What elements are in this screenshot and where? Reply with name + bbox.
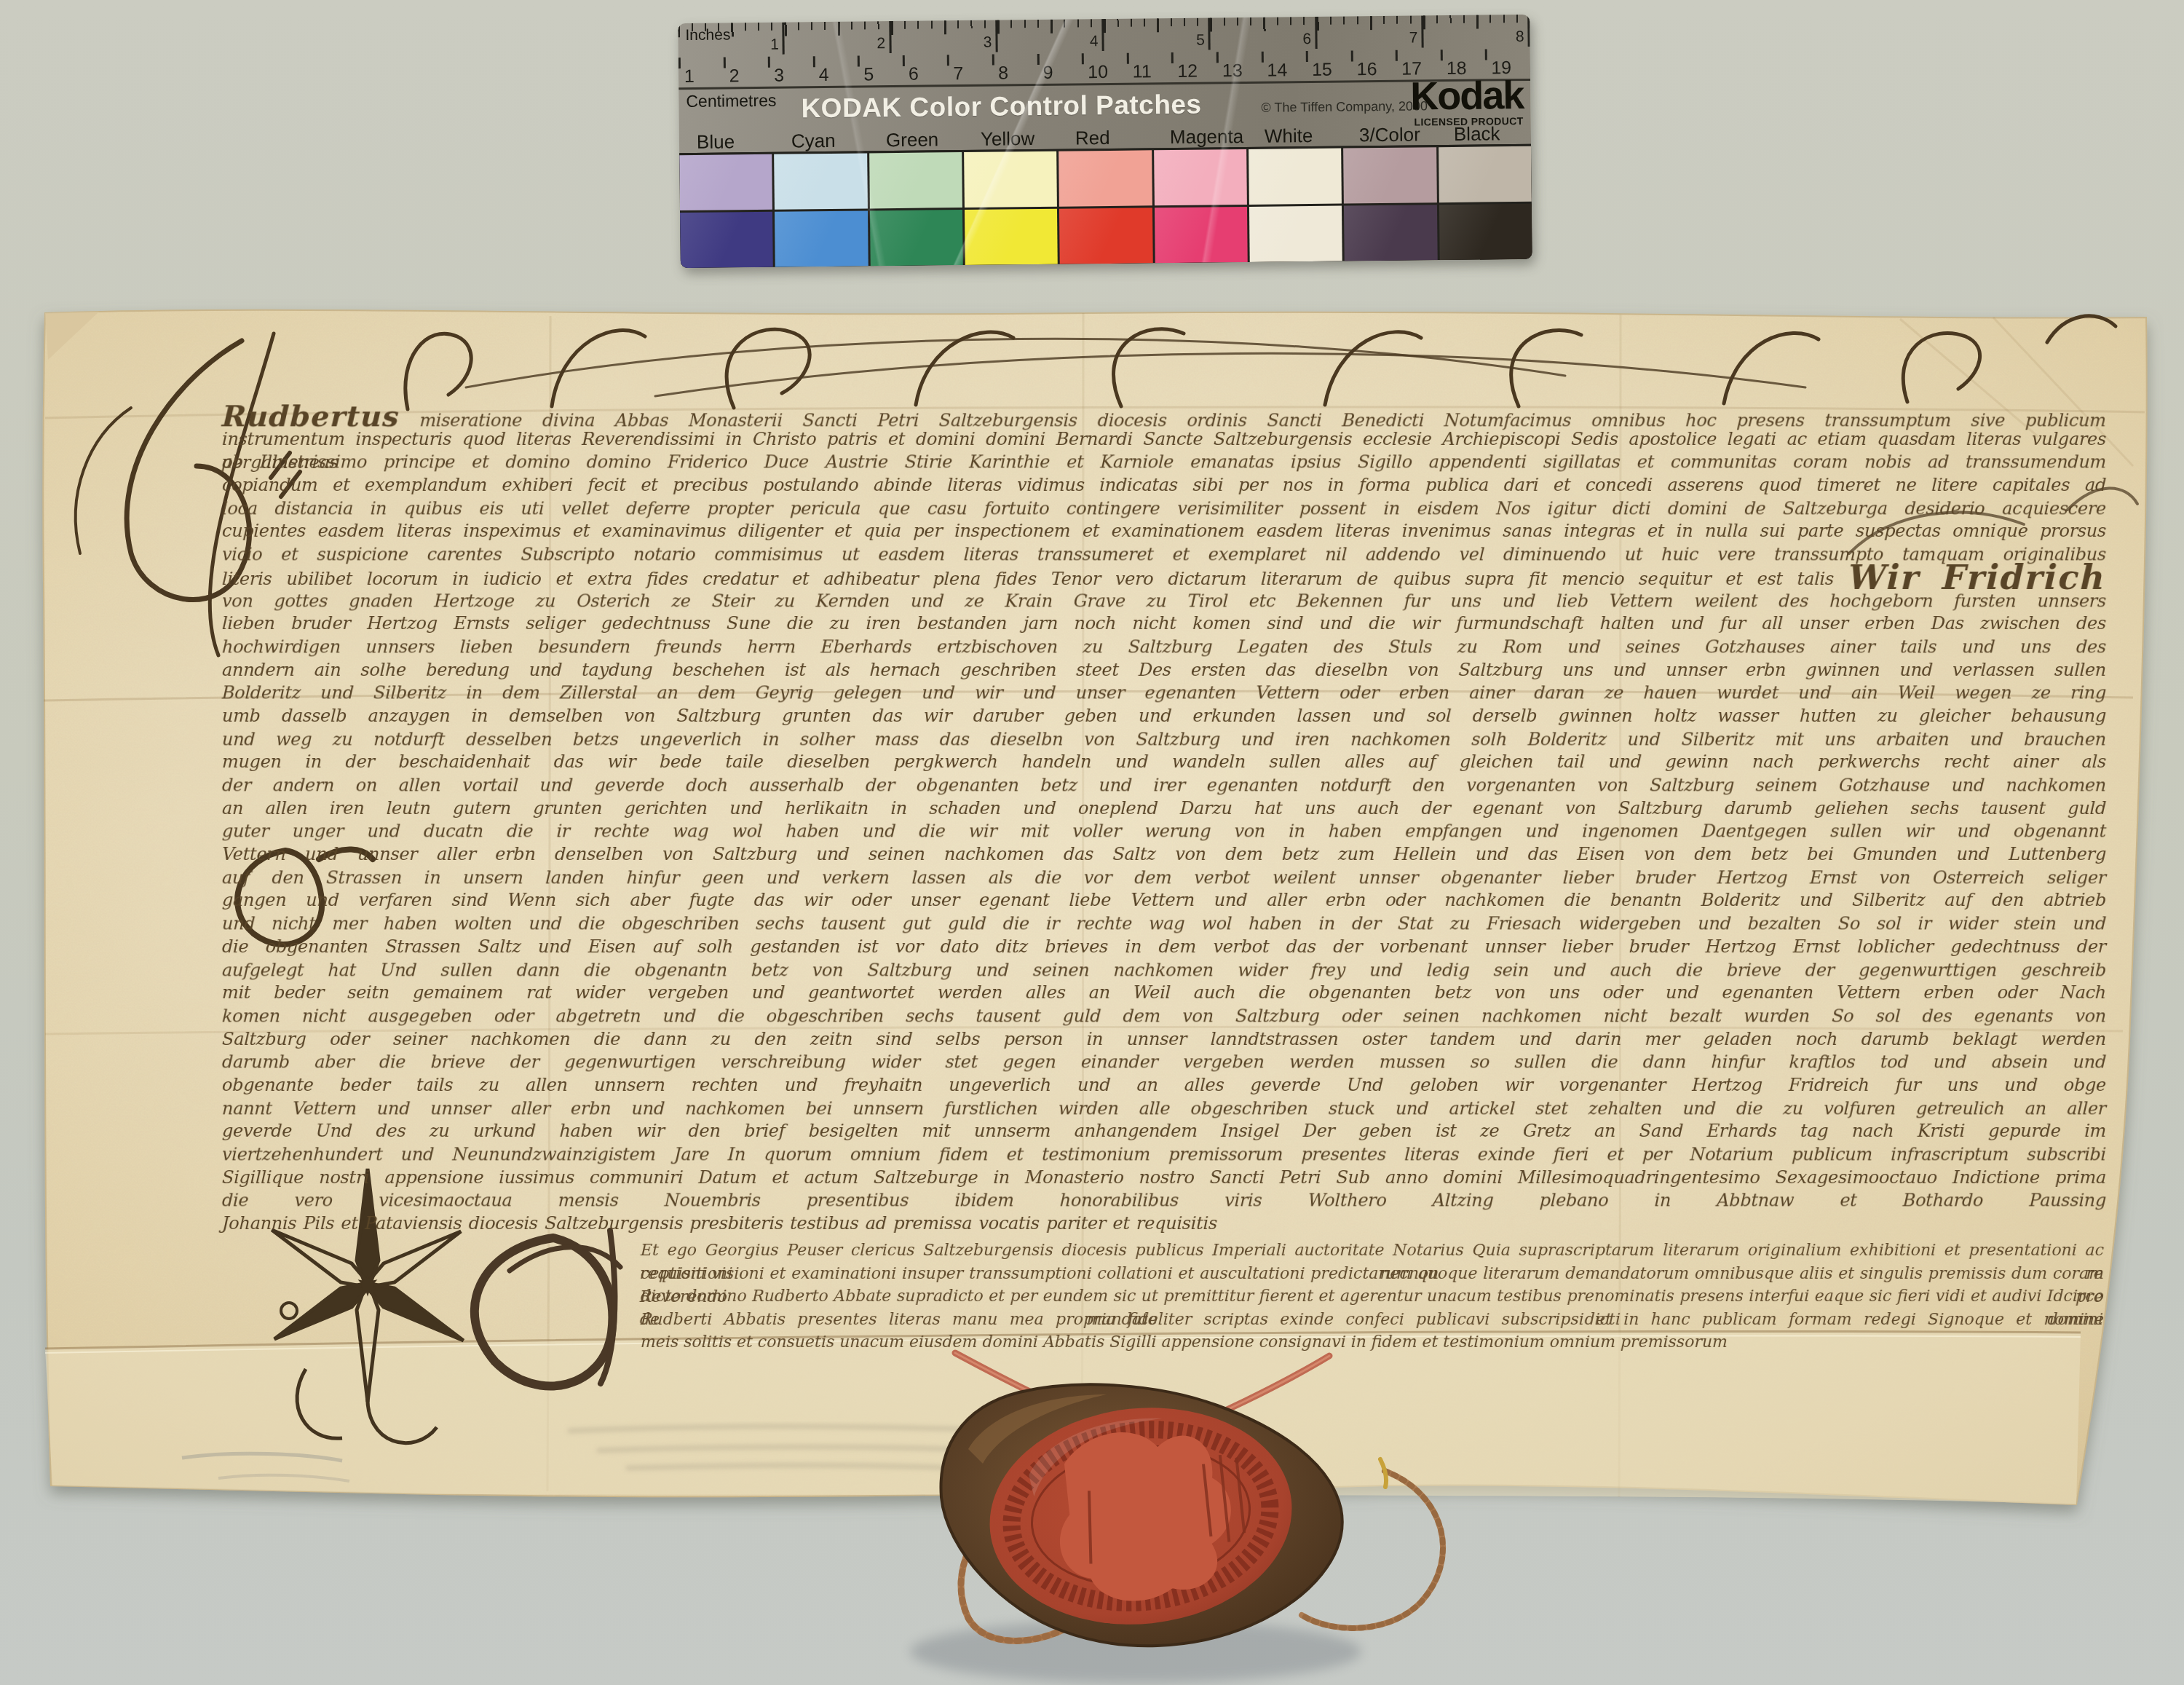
patch-label: 3/Color (1342, 123, 1436, 144)
line-text: lieben bruder Hertzog Ernsts seliger ged… (222, 613, 2107, 634)
cm-ruler: 12345678910111213141516171819 (678, 49, 1530, 87)
line-text: die vero vicesimaoctaua mensis Nouembris… (221, 1191, 2106, 1211)
manuscript-text-line: ab Illustrissimo principe et domino domi… (221, 451, 2106, 475)
line-text: darumb aber die brieve der gegenwurtigen… (221, 1052, 2106, 1073)
photo-stage: 12345678 Inches 123456789101112131415161… (0, 0, 2184, 1685)
manuscript-text-line: viertzehenhundert und Neunundzwainzigist… (221, 1143, 2106, 1167)
cm-number: 5 (858, 55, 903, 86)
manuscript-text-line: nannt Vettern und unnser aller erbn und … (221, 1097, 2106, 1121)
line-text: obgenante beder tails zu allen unnsern r… (222, 1075, 2107, 1095)
line-text: komen nicht ausgegeben oder abgetretn un… (221, 1006, 2106, 1026)
manuscript-text-line: vicio et suspicione carentes Subscripto … (221, 544, 2106, 567)
manuscript-text-line: obgenante beder tails zu allen unnsern r… (221, 1074, 2106, 1097)
manuscript-text-line: mugen in der beschaidenhait das wir bede… (221, 751, 2106, 774)
patch-label: Green (869, 128, 963, 149)
manuscript-text-line: Sigillique nostri appensione iussimus co… (221, 1167, 2106, 1190)
manuscript-text-line: instrumentum inspecturis quod literas Re… (221, 428, 2106, 451)
manuscript-text-line: umb dasselb anzaygen in demselben von Sa… (221, 705, 2106, 728)
manuscript-text-line: die vero vicesimaoctaua mensis Nouembris… (221, 1190, 2106, 1213)
inch-number: 5 (1104, 17, 1211, 51)
manuscript-text-line: und weg zu notdurft desselben betzs unge… (221, 728, 2106, 751)
line-text: Bolderitz und Silberitz in dem Zillersta… (221, 683, 2106, 703)
patch-label: Red (1058, 126, 1152, 147)
line-text: der andern on allen vortail und geverde … (221, 775, 2106, 795)
cm-number: 7 (947, 55, 992, 85)
line-text: und weg zu notdurft desselben betzs unge… (221, 729, 2106, 749)
line-text: guter unger und ducatn die ir rechte wag… (221, 821, 2106, 842)
line-text: von gottes gnaden Hertzoge zu Osterich z… (221, 591, 2106, 611)
line-text: ab Illustrissimo principe et domino domi… (221, 452, 2106, 473)
inch-number: 6 (1210, 17, 1317, 50)
patch-row-light (679, 146, 1532, 210)
color-patch (1249, 149, 1342, 205)
patch-label: Blue (679, 130, 774, 151)
inch-number: 3 (891, 20, 998, 54)
line-text: Vettern und unnser aller erbn denselben … (222, 844, 2107, 864)
kodak-color-bar: 12345678 Inches 123456789101112131415161… (678, 15, 1532, 268)
color-patch (1059, 208, 1152, 264)
cm-number: 1 (678, 57, 724, 87)
line-text: vicio et suspicione carentes Subscripto … (221, 545, 2106, 565)
cm-number: 9 (1037, 53, 1082, 84)
inch-number: 8 (1423, 15, 1530, 48)
manuscript-text-line: guter unger und ducatn die ir rechte wag… (221, 821, 2106, 844)
manuscript-text-line: gangen und verfaren sind Wenn sich aber … (221, 889, 2106, 912)
line-text: nannt Vettern und unnser aller erbn und … (221, 1098, 2106, 1118)
color-patch (775, 210, 868, 267)
manuscript-text-line: literis ubilibet locorum in iudicio et e… (221, 567, 2106, 590)
manuscript-text-line: loca distancia in quibus eis uti vellet … (221, 497, 2106, 521)
cm-number: 10 (1082, 53, 1127, 84)
color-patch (1344, 205, 1437, 261)
manuscript-text-line: darumb aber die brieve der gegenwurtigen… (221, 1051, 2106, 1075)
patch-row-dark (680, 204, 1532, 268)
manuscript-text-line: an allen iren leutn gutern grunten geric… (221, 797, 2106, 821)
manuscript-text-line: copiandum et exemplandum exhiberi fecit … (221, 474, 2106, 497)
patch-label: Cyan (774, 129, 869, 150)
line-text: Saltzburg oder seiner nachkomen die dann… (222, 1029, 2107, 1049)
line-text: an allen iren leutn gutern grunten geric… (222, 798, 2107, 818)
manuscript-text-line: auf den Strassen in unsern landen hinfur… (221, 867, 2106, 890)
manuscript-text-line: anndern ain solhe beredung und taydung b… (221, 659, 2106, 682)
color-patch (1155, 207, 1248, 263)
cm-number: 15 (1306, 50, 1351, 81)
notary-text-line: dicto domino Rudberto Abbate supradicto … (640, 1285, 2104, 1309)
manuscript-text-line: Bolderitz und Silberitz in dem Zillersta… (221, 682, 2106, 706)
cm-number: 12 (1171, 52, 1216, 82)
line-text: anndern ain solhe beredung und taydung b… (222, 660, 2107, 680)
notary-text-line: meis solitis et consuetis unacum eiusdem… (640, 1331, 2104, 1354)
ruler: 12345678 Inches 123456789101112131415161… (678, 15, 1530, 90)
cm-number: 4 (812, 56, 858, 87)
inches-label: Inches (685, 26, 730, 44)
line-text: Johannis Pils et Pataviensis diocesis Sa… (222, 1213, 1218, 1234)
kodak-title: KODAK Color Control Patches (801, 90, 1201, 125)
line-text: loca distancia in quibus eis uti vellet … (221, 498, 2106, 518)
color-patch (1059, 150, 1152, 206)
color-patch (1343, 147, 1436, 203)
manuscript-text-line: Rudbertus miseratione divina Abbas Monas… (221, 405, 2106, 428)
manuscript-text-line: von gottes gnaden Hertzoge zu Osterich z… (221, 590, 2106, 613)
color-patch (870, 210, 963, 266)
manuscript-text-line: geverde Und des zu urkund haben wir den … (221, 1120, 2106, 1143)
color-patch (964, 151, 1057, 208)
color-patch (1249, 206, 1342, 262)
line-text: copiandum et exemplandum exhiberi fecit … (222, 475, 2107, 495)
inch-number: 4 (997, 19, 1104, 52)
centimetres-label: Centimetres (686, 91, 776, 111)
manuscript-text-line: hochwirdigen unnsers lieben besundern fr… (221, 636, 2106, 659)
manuscript-text-line: komen nicht ausgegeben oder abgetretn un… (221, 1005, 2106, 1028)
line-text: mugen in der beschaidenhait das wir bede… (222, 751, 2107, 772)
manuscript-text-line: Saltzburg oder seiner nachkomen die dann… (221, 1028, 2106, 1051)
notary-subscription-block: Et ego Georgius Peuser clericus Saltzebu… (641, 1239, 2104, 1354)
line-text: hochwirdigen unnsers lieben besundern fr… (221, 636, 2106, 657)
color-patch (1154, 149, 1247, 205)
line-text: geverde Und des zu urkund haben wir den … (222, 1121, 2107, 1141)
cm-number: 8 (992, 54, 1037, 84)
line-text: umb dasselb anzaygen in demselben von Sa… (222, 706, 2107, 726)
manuscript-text-line: der andern on allen vortail und geverde … (221, 774, 2106, 797)
notary-text-line: ceptioni visioni et examinationi insuper… (640, 1263, 2104, 1286)
line-text: Sigillique nostri appensione iussimus co… (222, 1167, 2107, 1188)
kodak-logo: Kodak (1410, 76, 1524, 117)
cm-number: 3 (768, 56, 813, 87)
inch-number: 2 (785, 21, 892, 55)
line-text: die obgenanten Strassen Saltz und Eisen … (222, 936, 2107, 957)
patch-label: White (1247, 125, 1342, 146)
color-patch (869, 152, 962, 208)
manuscript-text-line: Johannis Pils et Pataviensis diocesis Sa… (221, 1212, 2106, 1236)
manuscript-text-line: die obgenanten Strassen Saltz und Eisen … (221, 936, 2106, 959)
kodak-copyright: © The Tiffen Company, 2000 (1261, 98, 1428, 115)
patch-label: Black (1436, 122, 1531, 143)
line-text: gangen und verfaren sind Wenn sich aber … (222, 890, 2107, 910)
patch-grid (679, 144, 1532, 268)
color-patch (1439, 146, 1532, 202)
line-text: und nicht mer haben wolten und die obges… (221, 914, 2106, 934)
manuscript-text-line: Vettern und unnser aller erbn denselben … (221, 843, 2106, 867)
patch-label: Yellow (963, 127, 1058, 149)
manuscript-text-line: mit beder seitn gemainem rat wider verge… (221, 982, 2106, 1005)
charter-text-block: Rudbertus miseratione divina Abbas Monas… (222, 405, 2106, 1236)
line-text: viertzehenhundert und Neunundzwainzigist… (221, 1144, 2106, 1164)
cm-number: 16 (1350, 50, 1396, 81)
cm-number: 2 (723, 57, 768, 87)
cm-number: 6 (903, 55, 948, 85)
line-text: cupientes easdem literas inspeximus et e… (222, 521, 2107, 541)
manuscript-text-line: cupientes easdem literas inspeximus et e… (221, 520, 2106, 543)
manuscript-text-line: lieben bruder Hertzog Ernsts seliger ged… (221, 612, 2106, 636)
notary-text-line: Rudberti Abbatis presentes literas manu … (640, 1309, 2104, 1332)
line-text: mit beder seitn gemainem rat wider verge… (222, 982, 2107, 1003)
kodak-brand-block: Kodak LICENSED PRODUCT (1410, 76, 1524, 128)
color-patch (774, 153, 867, 209)
color-patch (680, 212, 773, 268)
manuscript-text-line: aufgelegt hat Und sullen dann die obgena… (221, 959, 2106, 982)
patch-label: Magenta (1152, 125, 1247, 146)
color-patch (679, 154, 772, 210)
color-patch (1439, 204, 1532, 260)
cm-number: 11 (1127, 52, 1172, 83)
cm-number: 14 (1261, 51, 1306, 82)
line-text: literis ubilibet locorum in iudicio et e… (221, 569, 1834, 589)
notary-text-line: Et ego Georgius Peuser clericus Saltzebu… (640, 1239, 2104, 1263)
manuscript-text-line: und nicht mer haben wolten und die obges… (221, 913, 2106, 936)
color-patch (965, 209, 1058, 265)
cm-number: 13 (1216, 52, 1262, 82)
inch-number: 7 (1317, 15, 1424, 49)
line-text: auf den Strassen in unsern landen hinfur… (221, 867, 2106, 888)
line-text: aufgelegt hat Und sullen dann die obgena… (221, 960, 2106, 980)
